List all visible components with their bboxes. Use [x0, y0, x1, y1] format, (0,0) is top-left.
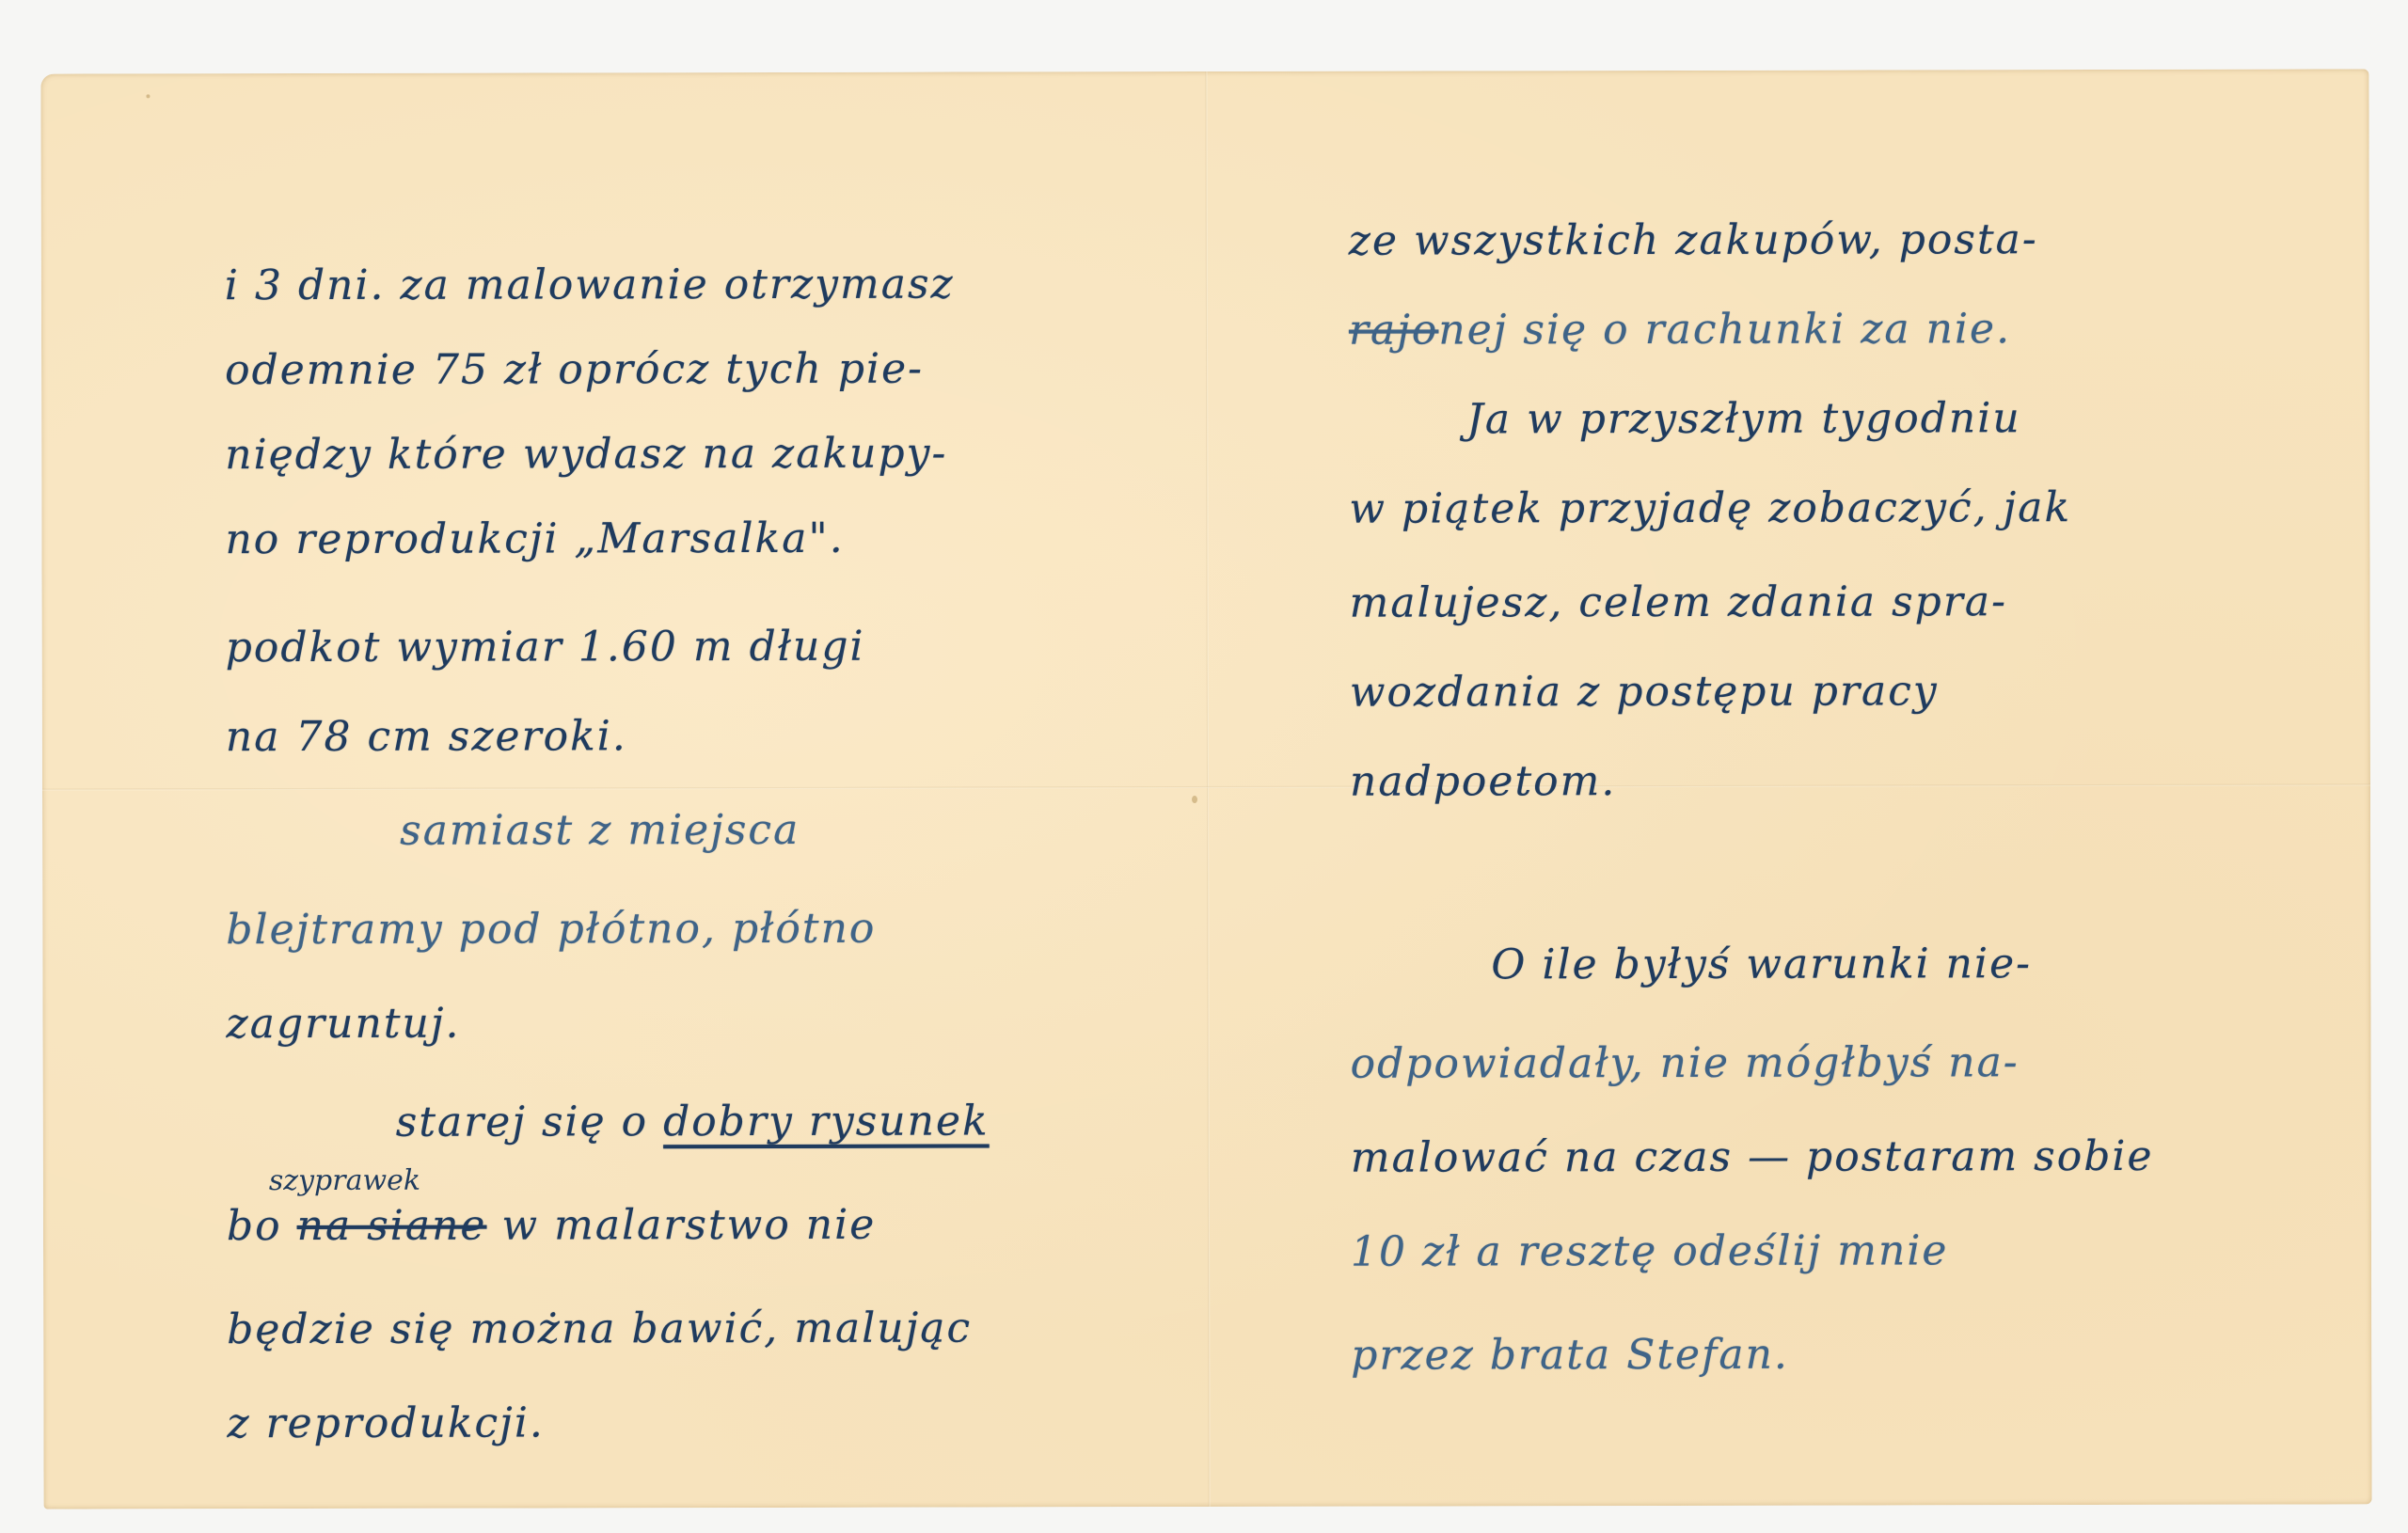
text-line: 10 zł a resztę odeślij mnie: [1351, 1226, 1948, 1275]
text-line: malować na czas — postaram sobie: [1351, 1132, 2154, 1182]
interlinear-insertion: szyprawek: [269, 1164, 420, 1197]
text-line: odemnie 75 zł oprócz tych pie-: [225, 345, 924, 395]
text-line: na 78 cm szeroki.: [226, 712, 627, 761]
struck-text: na siane: [297, 1202, 487, 1250]
text-line: starej się o dobry rysunek: [396, 1097, 990, 1146]
text-line: no reprodukcji „Marsalka".: [225, 514, 844, 563]
text-line: bo na siane w malarstwo nie: [227, 1201, 876, 1250]
left-page: i 3 dni. za malowanie otrzymasz odemnie …: [40, 71, 1208, 1509]
text-line: blejtramy pod płótno, płótno: [226, 905, 876, 954]
text-fragment: starej się o: [396, 1098, 663, 1146]
text-fragment: nej się o rachunki za nie.: [1438, 305, 2011, 354]
text-line: z reprodukcji.: [227, 1399, 545, 1447]
text-line: malujesz, celem zdania spra-: [1350, 577, 2007, 626]
text-line: O ile byłyś warunki nie-: [1491, 940, 2032, 988]
text-fragment: w malarstwo nie: [486, 1201, 876, 1250]
text-fragment: bo: [227, 1202, 297, 1250]
text-line: i 3 dni. za malowanie otrzymasz: [225, 261, 955, 310]
text-line: wozdania z postępu pracy: [1350, 667, 1939, 716]
text-line: przez brata Stefan.: [1351, 1331, 1789, 1380]
text-line: rajonej się o rachunki za nie.: [1349, 305, 2011, 354]
text-line: nadpoetom.: [1350, 757, 1616, 806]
text-line: niędzy które wydasz na zakupy-: [225, 430, 947, 480]
text-line: zagruntuj.: [226, 1000, 460, 1049]
text-line: odpowiadały, nie mógłbyś na-: [1351, 1038, 2020, 1087]
right-page: ze wszystkich zakupów, posta- rajonej si…: [1207, 69, 2371, 1507]
text-line: w piątek przyjadę zobaczyć, jak: [1349, 483, 2071, 533]
underlined-phrase: dobry rysunek: [663, 1097, 990, 1146]
text-line: podkot wymiar 1.60 m długi: [226, 623, 865, 672]
text-line: ze wszystkich zakupów, posta-: [1349, 215, 2038, 265]
text-line: będzie się można bawić, malując: [227, 1304, 972, 1354]
struck-text: rajo: [1349, 306, 1439, 354]
letter-sheet: i 3 dni. za malowanie otrzymasz odemnie …: [40, 69, 2371, 1509]
text-line: Ja w przyszłym tygodniu: [1466, 394, 2021, 443]
text-line: samiast z miejsca: [400, 806, 800, 855]
